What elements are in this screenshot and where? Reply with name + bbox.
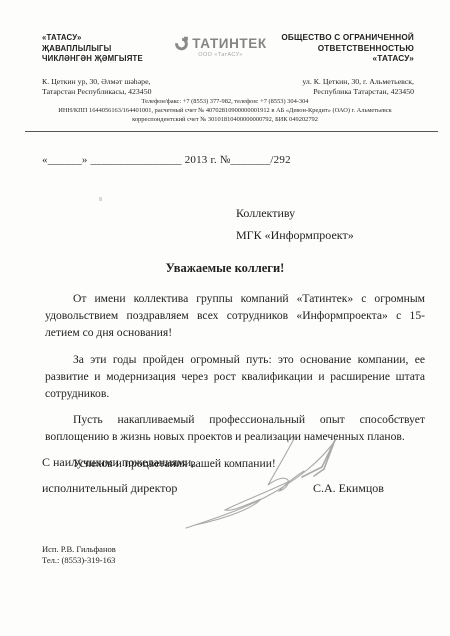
- org-name-russian-line: ОТВЕТСТВЕННОСТЬЮ: [234, 44, 414, 55]
- address-tatar: К. Цеткин ур, 30, Әлмәт шәһәре, Татарста…: [42, 77, 152, 97]
- inn-account-line: ИНН/КПП 1644056163/164401001, расчетный …: [0, 107, 450, 116]
- contact-bank-details: Телефон/факс: +7 (8553) 377-982, телефон…: [0, 98, 450, 124]
- phone-fax-line: Телефон/факс: +7 (8553) 377-982, телефон…: [0, 98, 450, 107]
- correspondent-account-line: корреспондентский счет № 301018104000000…: [0, 116, 450, 125]
- address-russian: ул. К. Цеткин, 30, г. Альметьевск, Респу…: [302, 77, 414, 97]
- org-name-russian-line: ОБЩЕСТВО С ОГРАНИЧЕННОЙ: [234, 33, 414, 44]
- scanned-letter-page: «ТАТАСУ» ҖАВАПЛЫЛЫГЫ ЧИКЛӘНГӘН ҖӘМГЫЯТЕ …: [0, 0, 450, 636]
- tatintek-ring-icon: [174, 36, 189, 51]
- body-paragraph: За эти годы пройден огромный путь: это о…: [45, 351, 425, 403]
- signoff-regards: С наилучшими пожеланиями,: [42, 455, 194, 470]
- address-tatar-line: К. Цеткин ур, 30, Әлмәт шәһәре,: [42, 77, 152, 87]
- recipient-line: Коллективу: [236, 202, 354, 224]
- date-number-line: «______» ________________ 2013 г. №_____…: [42, 154, 291, 166]
- header-divider: [25, 131, 438, 132]
- recipient-block: Коллективу МГК «Информпроект»: [236, 202, 354, 246]
- recipient-line: МГК «Информпроект»: [236, 224, 354, 246]
- address-russian-line: Республика Татарстан, 423450: [302, 87, 414, 97]
- executor-phone: Тел.: (8553)-319-163: [42, 555, 116, 566]
- signoff-job-title: исполнительный директор: [42, 481, 177, 496]
- address-tatar-line: Татарстан Республикасы, 423450: [42, 87, 152, 97]
- executor-name: Исп. Р.В. Гильфанов: [42, 544, 116, 555]
- salutation: Уважаемые коллеги!: [0, 261, 450, 276]
- address-russian-line: ул. К. Цеткин, 30, г. Альметьевск,: [302, 77, 414, 87]
- handwritten-signature: [183, 428, 361, 541]
- scan-artifact: [99, 197, 102, 201]
- body-paragraph: От имени коллектива группы компаний «Тат…: [45, 290, 425, 342]
- org-name-russian: ОБЩЕСТВО С ОГРАНИЧЕННОЙ ОТВЕТСТВЕННОСТЬЮ…: [234, 33, 414, 65]
- org-name-russian-line: «ТАТАСУ»: [234, 54, 414, 65]
- executor-block: Исп. Р.В. Гильфанов Тел.: (8553)-319-163: [42, 544, 116, 566]
